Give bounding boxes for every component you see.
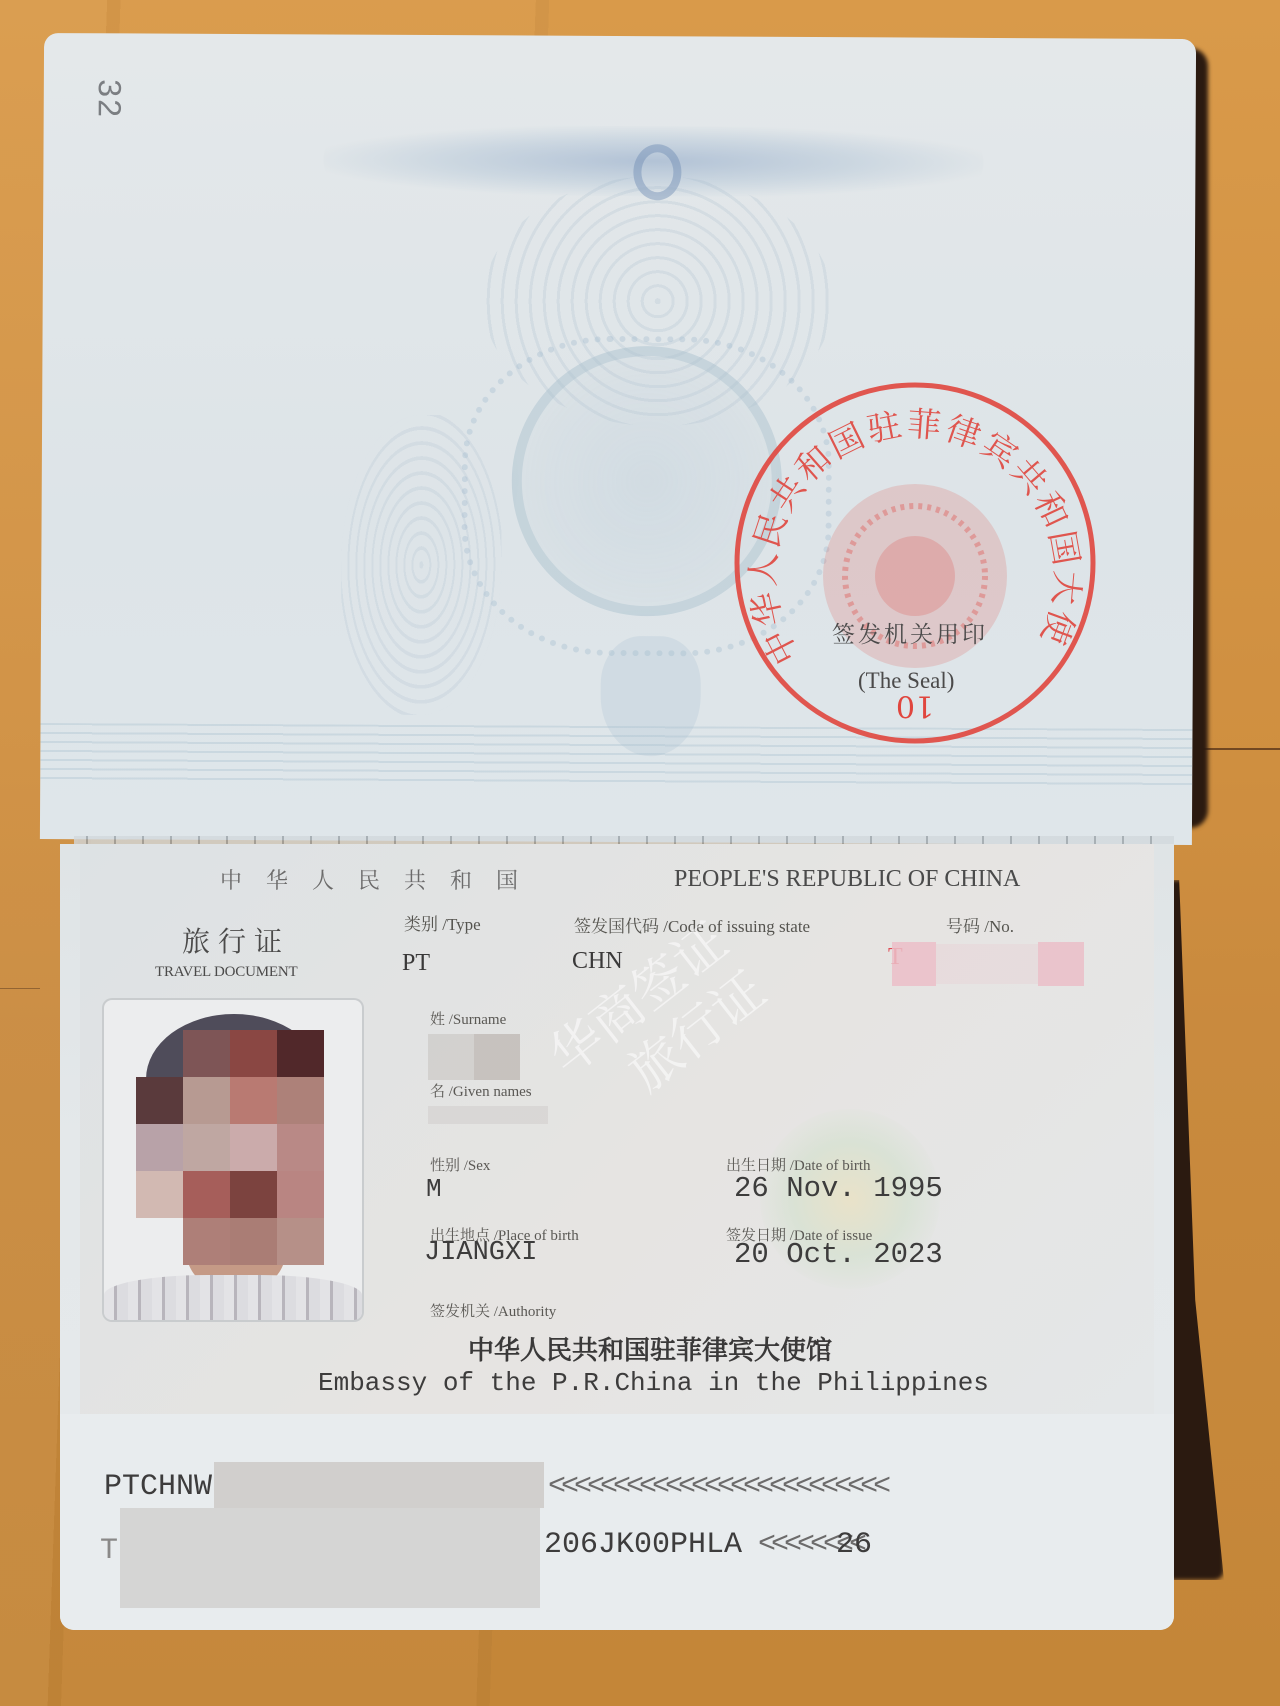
given-names-label: 名 /Given names	[430, 1080, 532, 1101]
header-cn: 中华人民共和国	[220, 864, 542, 895]
authority-value-en: Embassy of the P.R.China in the Philippi…	[318, 1368, 989, 1398]
redaction-block	[428, 1034, 474, 1080]
dragon-watermark-icon	[341, 415, 503, 716]
sex-label: 性别 /Sex	[430, 1154, 490, 1175]
redaction-block	[214, 1462, 544, 1508]
header-en: PEOPLE'S REPUBLIC OF CHINA	[674, 866, 1020, 893]
authority-label: 签发机关 /Authority	[430, 1300, 556, 1321]
mrz-line-1-start: PTCHNW	[104, 1470, 212, 1504]
data-page: 中华人民共和国 PEOPLE'S REPUBLIC OF CHINA 旅行证 T…	[60, 844, 1174, 1630]
mrz-line-1-filler: <<<<<<<<<<<<<<<<<<<<<<<<<<	[548, 1470, 886, 1504]
redaction-block	[474, 1034, 520, 1080]
type-label: 类别 /Type	[404, 910, 481, 935]
sex-value: M	[426, 1174, 442, 1204]
dob-value: 26 Nov. 1995	[734, 1172, 943, 1205]
doc-title-cn: 旅行证	[182, 920, 290, 960]
date-of-issue-value: 20 Oct. 2023	[734, 1238, 943, 1271]
photo-shirt	[104, 1275, 362, 1320]
authority-value-cn: 中华人民共和国驻菲律宾大使馆	[468, 1330, 832, 1367]
surname-label: 姓 /Surname	[430, 1008, 506, 1029]
pixelated-face	[136, 1030, 324, 1265]
issuing-state-value: CHN	[572, 948, 623, 975]
mrz-line-2-end: 206JK00PHLA	[544, 1528, 742, 1562]
holder-photo	[104, 1000, 362, 1320]
doc-title-en: TRAVEL DOCUMENT	[155, 964, 297, 981]
table-seam	[0, 988, 40, 989]
redaction-block	[892, 942, 936, 986]
redaction-block	[936, 944, 1038, 984]
redaction-block	[428, 1106, 548, 1124]
mrz-line-2-check: 26	[836, 1528, 872, 1562]
redaction-block	[1038, 942, 1084, 986]
place-of-birth-value: JIANGXI	[424, 1238, 537, 1268]
page-number: 32	[91, 79, 128, 119]
seal-caption-en: (The Seal)	[858, 668, 954, 694]
redaction-block	[120, 1508, 540, 1608]
mrz-line-2-start: T	[100, 1534, 118, 1568]
seal-caption-cn: 签发机关用印	[832, 616, 988, 649]
number-label: 号码 /No.	[946, 912, 1014, 937]
type-value: PT	[402, 950, 430, 977]
